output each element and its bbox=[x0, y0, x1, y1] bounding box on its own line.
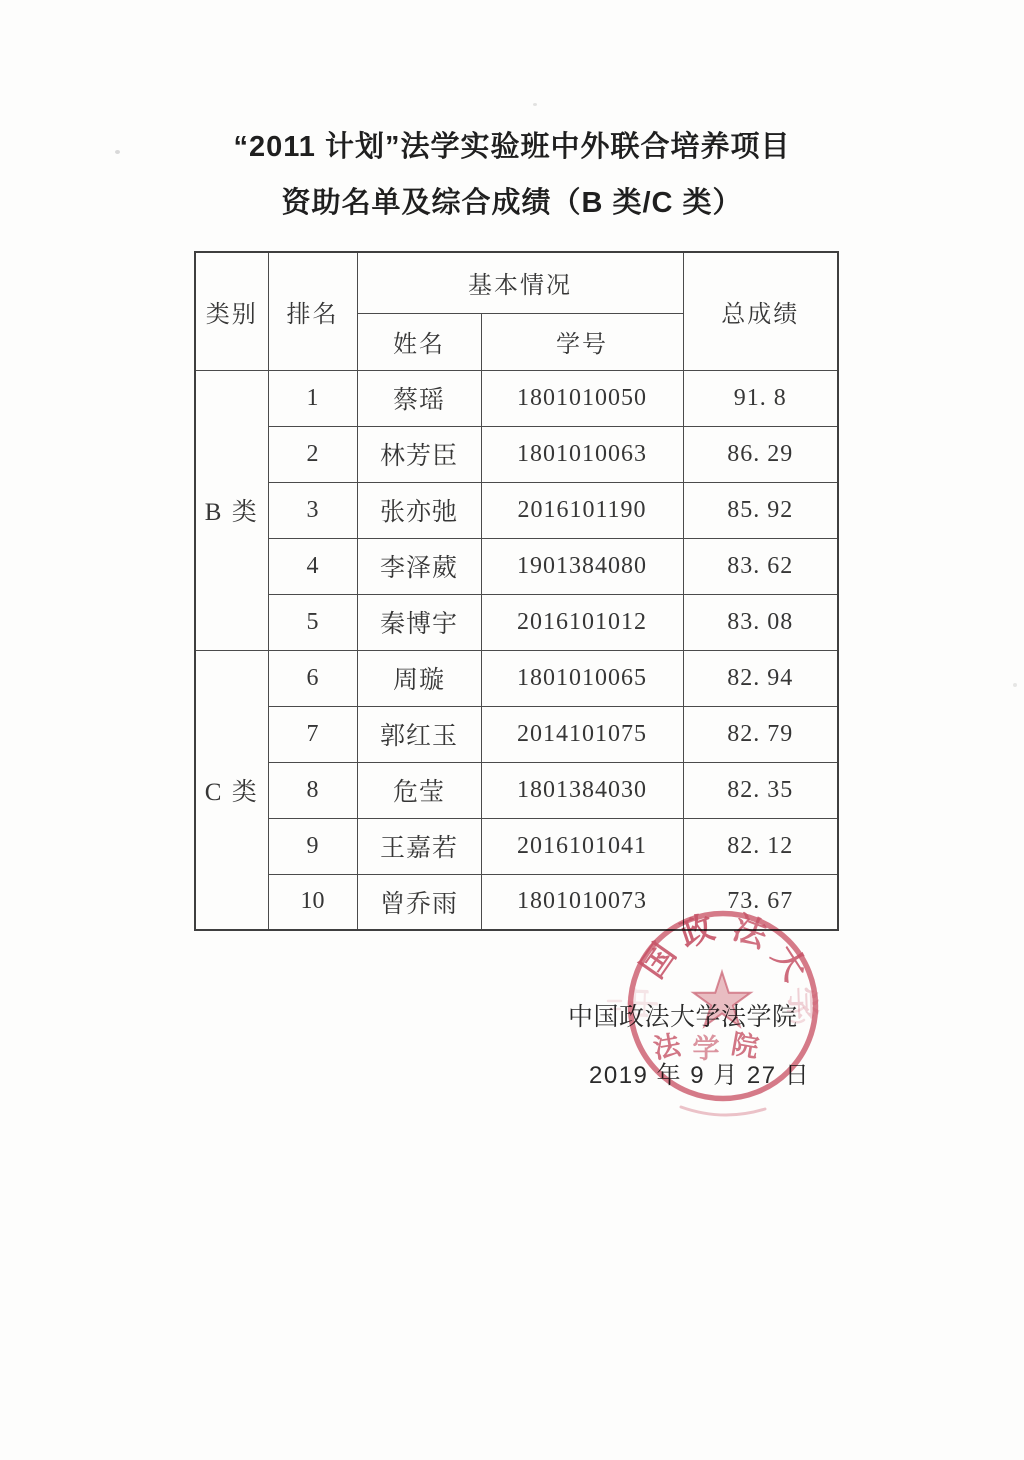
rank-cell: 6 bbox=[268, 650, 357, 706]
score-cell: 82. 35 bbox=[683, 762, 838, 818]
rank-cell: 9 bbox=[268, 818, 357, 874]
id-cell: 1801010050 bbox=[481, 370, 683, 426]
scan-speck bbox=[1013, 683, 1017, 687]
col-header-category: 类别 bbox=[195, 252, 268, 370]
results-table: 类别 排名 基本情况 总成绩 姓名 学号 B 类 1 蔡瑶 1801010050… bbox=[194, 251, 839, 931]
rank-cell: 3 bbox=[268, 482, 357, 538]
table-row: 3 张亦弛 2016101190 85. 92 bbox=[195, 482, 838, 538]
star-icon bbox=[693, 972, 750, 1026]
header-row-1: 类别 排名 基本情况 总成绩 bbox=[195, 252, 838, 313]
id-cell: 1901384080 bbox=[481, 538, 683, 594]
table-row: B 类 1 蔡瑶 1801010050 91. 8 bbox=[195, 370, 838, 426]
id-cell: 2016101012 bbox=[481, 594, 683, 650]
seal-ring-char: 大 bbox=[764, 939, 813, 987]
score-cell: 86. 29 bbox=[683, 426, 838, 482]
col-header-total-score: 总成绩 bbox=[683, 252, 838, 370]
name-cell: 郭红玉 bbox=[357, 706, 481, 762]
rank-cell: 2 bbox=[268, 426, 357, 482]
score-cell: 82. 79 bbox=[683, 706, 838, 762]
id-cell: 1801384030 bbox=[481, 762, 683, 818]
official-seal-stamp: 中 国 政 法 大 学 法 学 院 bbox=[605, 895, 885, 1165]
seal-bottom-char: 法 bbox=[651, 1030, 684, 1064]
score-cell: 91. 8 bbox=[683, 370, 838, 426]
table-row: 7 郭红玉 2014101075 82. 79 bbox=[195, 706, 838, 762]
rank-cell: 4 bbox=[268, 538, 357, 594]
group-label-b: B 类 bbox=[195, 370, 268, 650]
scan-speck bbox=[533, 103, 537, 106]
document-page: “2011 计划”法学实验班中外联合培养项目 资助名单及综合成绩（B 类/C 类… bbox=[0, 0, 1024, 1460]
seal-ghost-arc bbox=[681, 1107, 765, 1115]
name-cell: 蔡瑶 bbox=[357, 370, 481, 426]
name-cell: 曾乔雨 bbox=[357, 874, 481, 930]
doc-title-line1: “2011 计划”法学实验班中外联合培养项目 bbox=[12, 124, 1012, 165]
id-cell: 1801010065 bbox=[481, 650, 683, 706]
score-cell: 83. 08 bbox=[683, 594, 838, 650]
id-cell: 2016101041 bbox=[481, 818, 683, 874]
seal-ring-char: 学 bbox=[782, 986, 820, 1020]
score-cell: 82. 94 bbox=[683, 650, 838, 706]
name-cell: 王嘉若 bbox=[357, 818, 481, 874]
score-cell: 82. 12 bbox=[683, 818, 838, 874]
id-cell: 2016101190 bbox=[481, 482, 683, 538]
group-label-c: C 类 bbox=[195, 650, 268, 930]
seal-ring-char: 中 bbox=[625, 986, 663, 1020]
name-cell: 危莹 bbox=[357, 762, 481, 818]
name-cell: 周璇 bbox=[357, 650, 481, 706]
seal-ink-smudge bbox=[608, 1001, 621, 1009]
id-cell: 2014101075 bbox=[481, 706, 683, 762]
table-row: 9 王嘉若 2016101041 82. 12 bbox=[195, 818, 838, 874]
score-cell: 85. 92 bbox=[683, 482, 838, 538]
rank-cell: 7 bbox=[268, 706, 357, 762]
table-row: 4 李泽葳 1901384080 83. 62 bbox=[195, 538, 838, 594]
seal-bottom-char: 学 bbox=[693, 1034, 720, 1064]
col-header-basic-info: 基本情况 bbox=[357, 252, 683, 313]
scan-speck bbox=[115, 150, 120, 154]
table-row: 8 危莹 1801384030 82. 35 bbox=[195, 762, 838, 818]
name-cell: 秦博宇 bbox=[357, 594, 481, 650]
col-header-student-id: 学号 bbox=[481, 313, 683, 370]
col-header-name: 姓名 bbox=[357, 313, 481, 370]
doc-title-line2: 资助名单及综合成绩（B 类/C 类） bbox=[12, 180, 1012, 221]
name-cell: 李泽葳 bbox=[357, 538, 481, 594]
table-row: 2 林芳臣 1801010063 86. 29 bbox=[195, 426, 838, 482]
table-row: C 类 6 周璇 1801010065 82. 94 bbox=[195, 650, 838, 706]
seal-ring-char: 国 bbox=[634, 937, 683, 985]
rank-cell: 1 bbox=[268, 370, 357, 426]
rank-cell: 10 bbox=[268, 874, 357, 930]
name-cell: 林芳臣 bbox=[357, 426, 481, 482]
rank-cell: 8 bbox=[268, 762, 357, 818]
seal-bottom-char: 院 bbox=[729, 1029, 761, 1063]
rank-cell: 5 bbox=[268, 594, 357, 650]
col-header-rank: 排名 bbox=[268, 252, 357, 370]
id-cell: 1801010063 bbox=[481, 426, 683, 482]
table-row: 5 秦博宇 2016101012 83. 08 bbox=[195, 594, 838, 650]
name-cell: 张亦弛 bbox=[357, 482, 481, 538]
score-cell: 83. 62 bbox=[683, 538, 838, 594]
